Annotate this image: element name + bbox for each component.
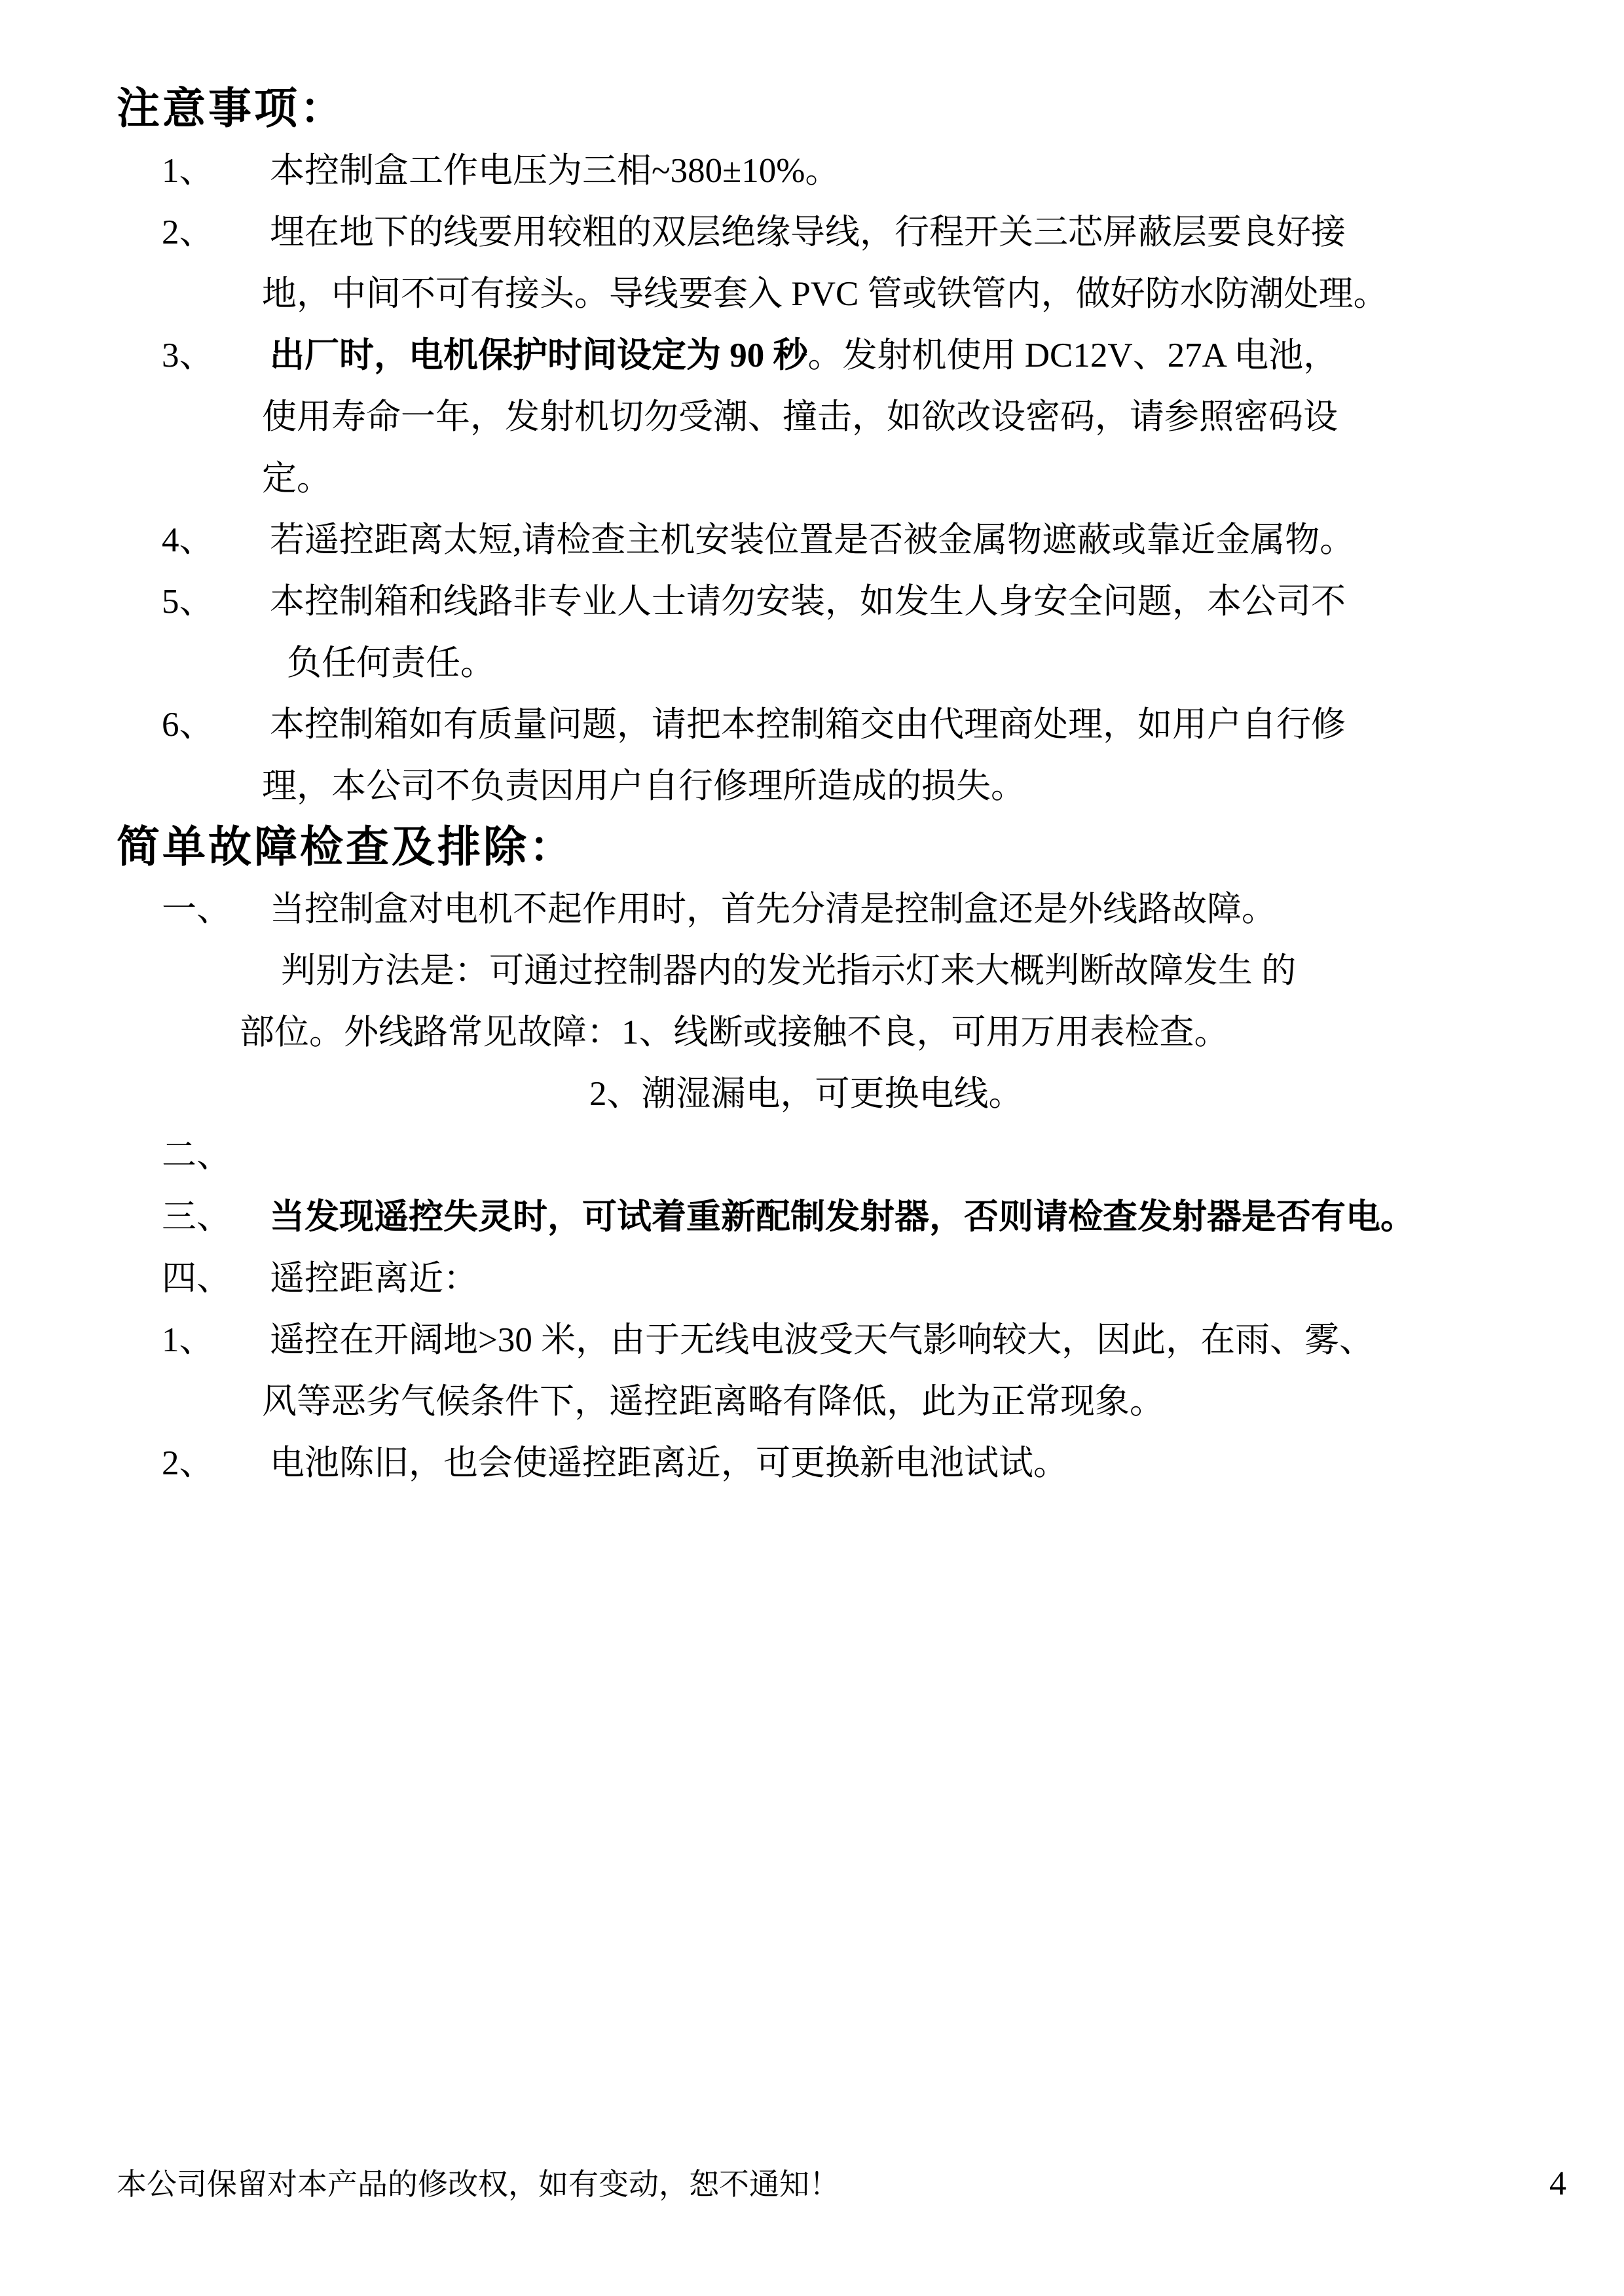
document-body: 注意事项： 1、本控制盒工作电压为三相~380±10%。 2、埋在地下的线要用较…	[0, 0, 1624, 1494]
list-item-continuation: 定。	[117, 448, 1572, 509]
list-item: 2、电池陈旧，也会使遥控距离近，可更换新电池试试。	[117, 1432, 1572, 1494]
heading-text: 简单故障检查及排除：	[117, 824, 575, 871]
list-marker: 一、	[162, 879, 270, 940]
list-item: 四、遥控距离近：	[117, 1248, 1572, 1309]
list-marker: 三、	[162, 1186, 270, 1248]
list-item-text-bold: 当发现遥控失灵时，可试着重新配制发射器，否则请检查发射器是否有电。	[270, 1198, 1415, 1236]
list-item-text: 部位。外线路常见故障：1、线断或接触不良，可用万用表检查。	[240, 1013, 1229, 1051]
list-item-continuation: 地，中间不可有接头。导线要套入 PVC 管或铁管内，做好防水防潮处理。	[117, 263, 1572, 325]
list-item-text: 理，本公司不负责因用户自行修理所造成的损失。	[262, 767, 1025, 805]
list-item: 5、本控制箱和线路非专业人士请勿安装，如发生人身安全问题，本公司不	[117, 571, 1572, 632]
list-marker: 2、	[162, 1432, 270, 1494]
list-item-text: 电池陈旧，也会使遥控距离近，可更换新电池试试。	[270, 1444, 1068, 1482]
list-item-text: 。发射机使用 DC12V、27A 电池，	[808, 337, 1338, 374]
list-item-text: 地，中间不可有接头。导线要套入 PVC 管或铁管内，做好防水防潮处理。	[262, 275, 1388, 313]
list-item-continuation: 2、潮湿漏电，可更换电线。	[117, 1063, 1572, 1125]
list-item-continuation: 理，本公司不负责因用户自行修理所造成的损失。	[117, 756, 1572, 817]
list-item-text: 使用寿命一年，发射机切勿受潮、撞击，如欲改设密码，请参照密码设	[262, 398, 1338, 436]
section-heading-precautions: 注意事项：	[117, 79, 1572, 140]
list-item: 1、本控制盒工作电压为三相~380±10%。	[117, 140, 1572, 202]
list-item-continuation: 部位。外线路常见故障：1、线断或接触不良，可用万用表检查。	[117, 1002, 1572, 1063]
list-item-text: 遥控在开阔地>30 米，由于无线电波受天气影响较大，因此，在雨、雾、	[270, 1321, 1374, 1359]
list-marker: 四、	[162, 1248, 270, 1309]
list-item: 1、遥控在开阔地>30 米，由于无线电波受天气影响较大，因此，在雨、雾、	[117, 1309, 1572, 1371]
list-marker: 2、	[162, 202, 270, 263]
list-item-text: 风等恶劣气候条件下，遥控距离略有降低，此为正常现象。	[262, 1383, 1164, 1421]
document-page: 注意事项： 1、本控制盒工作电压为三相~380±10%。 2、埋在地下的线要用较…	[0, 0, 1624, 2296]
list-item-text: 埋在地下的线要用较粗的双层绝缘导线，行程开关三芯屏蔽层要良好接	[270, 213, 1346, 251]
footer-notice-text: 本公司保留对本产品的修改权，如有变动，恕不通知！	[117, 2160, 840, 2204]
list-item-text: 2、潮湿漏电，可更换电线。	[589, 1075, 1024, 1113]
list-item-continuation: 使用寿命一年，发射机切勿受潮、撞击，如欲改设密码，请参照密码设	[117, 386, 1572, 448]
list-item-text: 本控制箱和线路非专业人士请勿安装，如发生人身安全问题，本公司不	[270, 583, 1346, 621]
list-marker: 6、	[162, 694, 270, 756]
list-item-text: 判别方法是：可通过控制器内的发光指示灯来大概判断故障发生 的	[281, 952, 1296, 990]
list-item-continuation: 负任何责任。	[117, 632, 1572, 694]
list-marker: 3、	[162, 325, 270, 386]
list-marker: 1、	[162, 140, 270, 202]
list-item-text: 定。	[262, 460, 331, 498]
list-marker: 1、	[162, 1309, 270, 1371]
list-marker: 二、	[162, 1125, 270, 1186]
list-marker: 4、	[162, 509, 270, 571]
list-item-text-bold: 出厂时，电机保护时间设定为 90 秒	[270, 337, 808, 374]
list-marker: 5、	[162, 571, 270, 632]
list-item: 二、	[117, 1125, 1572, 1186]
list-item-text: 若遥控距离太短,请检查主机安装位置是否被金属物遮蔽或靠近金属物。	[270, 521, 1354, 559]
list-item-continuation: 风等恶劣气候条件下，遥控距离略有降低，此为正常现象。	[117, 1371, 1572, 1432]
list-item-text: 本控制箱如有质量问题，请把本控制箱交由代理商处理，如用户自行修	[270, 706, 1346, 744]
list-item-text: 遥控距离近：	[270, 1260, 478, 1298]
list-item-continuation: 判别方法是：可通过控制器内的发光指示灯来大概判断故障发生 的	[117, 940, 1572, 1002]
list-item: 三、当发现遥控失灵时，可试着重新配制发射器，否则请检查发射器是否有电。	[117, 1186, 1572, 1248]
list-item: 6、本控制箱如有质量问题，请把本控制箱交由代理商处理，如用户自行修	[117, 694, 1572, 756]
list-item: 一、当控制盒对电机不起作用时，首先分清是控制盒还是外线路故障。	[117, 879, 1572, 940]
list-item-text: 本控制盒工作电压为三相~380±10%。	[270, 152, 840, 190]
list-item: 4、若遥控距离太短,请检查主机安装位置是否被金属物遮蔽或靠近金属物。	[117, 509, 1572, 571]
list-item: 3、出厂时，电机保护时间设定为 90 秒。发射机使用 DC12V、27A 电池，	[117, 325, 1572, 386]
page-number: 4	[1549, 2164, 1566, 2203]
section-heading-troubleshooting: 简单故障检查及排除：	[117, 817, 1572, 879]
list-item-text: 当控制盒对电机不起作用时，首先分清是控制盒还是外线路故障。	[270, 890, 1276, 928]
page-footer: 本公司保留对本产品的修改权，如有变动，恕不通知！ 4	[117, 2160, 1566, 2204]
list-item-text: 负任何责任。	[287, 644, 495, 682]
list-item: 2、埋在地下的线要用较粗的双层绝缘导线，行程开关三芯屏蔽层要良好接	[117, 202, 1572, 263]
heading-text: 注意事项：	[117, 85, 346, 133]
